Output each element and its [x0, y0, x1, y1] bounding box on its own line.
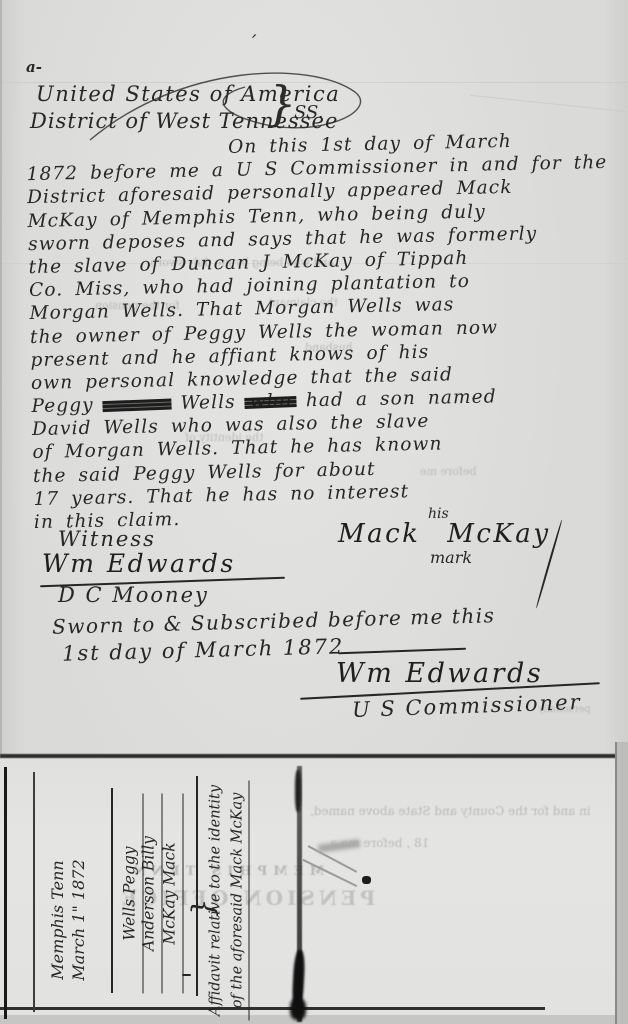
paper-edge: [617, 742, 628, 1024]
document-scan: and who being by me duly sworn for the p…: [0, 0, 628, 1024]
docket-rule: [33, 772, 35, 1012]
body-word: Wells: [180, 392, 236, 414]
docket-rule: [196, 776, 198, 996]
corner-pen-mark: a-: [26, 58, 42, 76]
docket-name: Anderson Billy: [140, 794, 163, 994]
docket-place: Memphis Tenn: [47, 820, 68, 1020]
scribbled-word: who: [247, 390, 294, 414]
docket-date: March 1" 1872: [68, 820, 89, 1020]
date-dash-stroke: [338, 648, 466, 654]
jurat-line-2: 1st day of March 1872: [62, 634, 345, 665]
his-mark-label-bottom: mark: [430, 548, 472, 567]
body-word: Peggy: [31, 395, 94, 417]
paper-edge: [0, 1015, 628, 1024]
paper-edge-line: [615, 742, 617, 1024]
docket-rule: [111, 788, 113, 993]
deponent-signature: Mack McKay: [338, 519, 551, 549]
body-word: had a son named: [306, 386, 497, 411]
ink-blot: [295, 770, 301, 812]
docket-name: McKay Mack: [161, 794, 184, 994]
paper-crease: [470, 95, 627, 113]
affidavit-body: On this 1st day of March 1872 before me …: [26, 128, 612, 534]
witness-signature: Wm Edwards: [42, 549, 236, 578]
attorney-signature: D C Mooney: [58, 583, 209, 607]
flourish-mark: ′: [252, 30, 257, 54]
docket-description-line-1: Affidavit relative to the identity: [205, 781, 227, 1021]
docket-description: Affidavit relative to the identity of th…: [205, 781, 250, 1021]
witness-label: Witness: [58, 527, 156, 551]
docket-description-line-2: of the aforesaid Mack McKay: [227, 781, 249, 1021]
scribbled-word: ———: [105, 392, 168, 417]
docket-rule: [4, 767, 7, 1019]
ink-blot: [290, 998, 306, 1020]
fold-crease-top: [0, 754, 628, 758]
bleedthrough-text: in and for the County and State above na…: [310, 804, 591, 818]
jurat-line-1: Sworn to & Subscribed before me this: [52, 603, 496, 639]
commissioner-signature: Wm Edwards: [336, 658, 543, 689]
docket-place-date: Memphis Tenn March 1" 1872: [47, 820, 89, 1020]
ink-blot: [362, 876, 371, 884]
